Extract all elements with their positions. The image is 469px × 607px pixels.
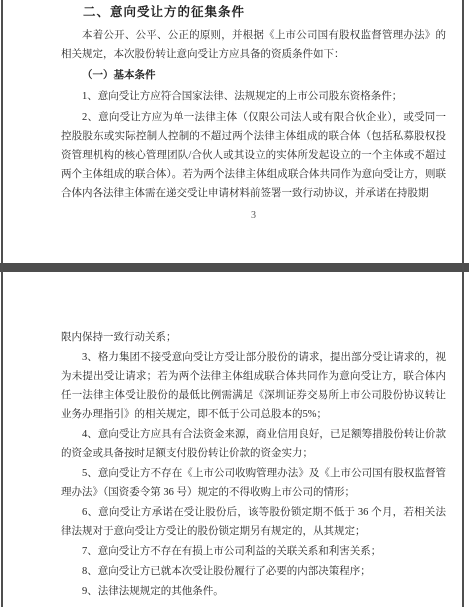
condition-item-4: 4、意向受让方应具有合法资金来源，商业信用良好，已足额筹措股份转让价款的资金或具… [61, 425, 446, 463]
condition-item-1: 1、意向受让方应符合国家法律、法规规定的上市公司股东资格条件； [61, 87, 446, 106]
condition-item-2: 2、意向受让方应为单一法律主体（仅限公司法人或有限合伙企业），或受同一控股股东或… [61, 108, 446, 203]
intro-paragraph: 本着公开、公平、公正的原则，并根据《上市公司国有股权监督管理办法》的相关规定，本… [61, 26, 446, 64]
condition-item-8: 8、意向受让方已就本次受让股份履行了必要的内部决策程序； [61, 562, 446, 581]
subsection-heading: （一）基本条件 [61, 66, 446, 85]
page-separator [0, 263, 469, 272]
continuation-line: 限内保持一致行动关系； [61, 328, 446, 347]
document-page-1: 二、意向受让方的征集条件 本着公开、公平、公正的原则，并根据《上市公司国有股权监… [3, 0, 462, 263]
condition-item-5: 5、意向受让方不存在《上市公司收购管理办法》及《上市公司国有股权监督管理办法》（… [61, 464, 446, 502]
page-left-edge-line [1, 0, 3, 607]
section-heading: 二、意向受让方的征集条件 [61, 2, 446, 22]
pdf-viewer: 二、意向受让方的征集条件 本着公开、公平、公正的原则，并根据《上市公司国有股权监… [0, 0, 469, 607]
condition-item-3: 3、格力集团不接受意向受让方受让部分股份的请求，提出部分受让请求的，视为未提出受… [61, 348, 446, 424]
condition-item-6: 6、意向受让方承诺在受让股份后，该等股份锁定期不低于 36 个月，若相关法律法规… [61, 503, 446, 541]
page-right-edge-line [462, 0, 464, 607]
document-page-2: 限内保持一致行动关系； 3、格力集团不接受意向受让方受让部分股份的请求，提出部分… [3, 272, 462, 607]
page-number: 3 [61, 209, 446, 223]
condition-item-9: 9、法律法规规定的其他条件。 [61, 582, 446, 601]
condition-item-7: 7、意向受让方不存在有损上市公司利益的关联关系和利害关系； [61, 542, 446, 561]
